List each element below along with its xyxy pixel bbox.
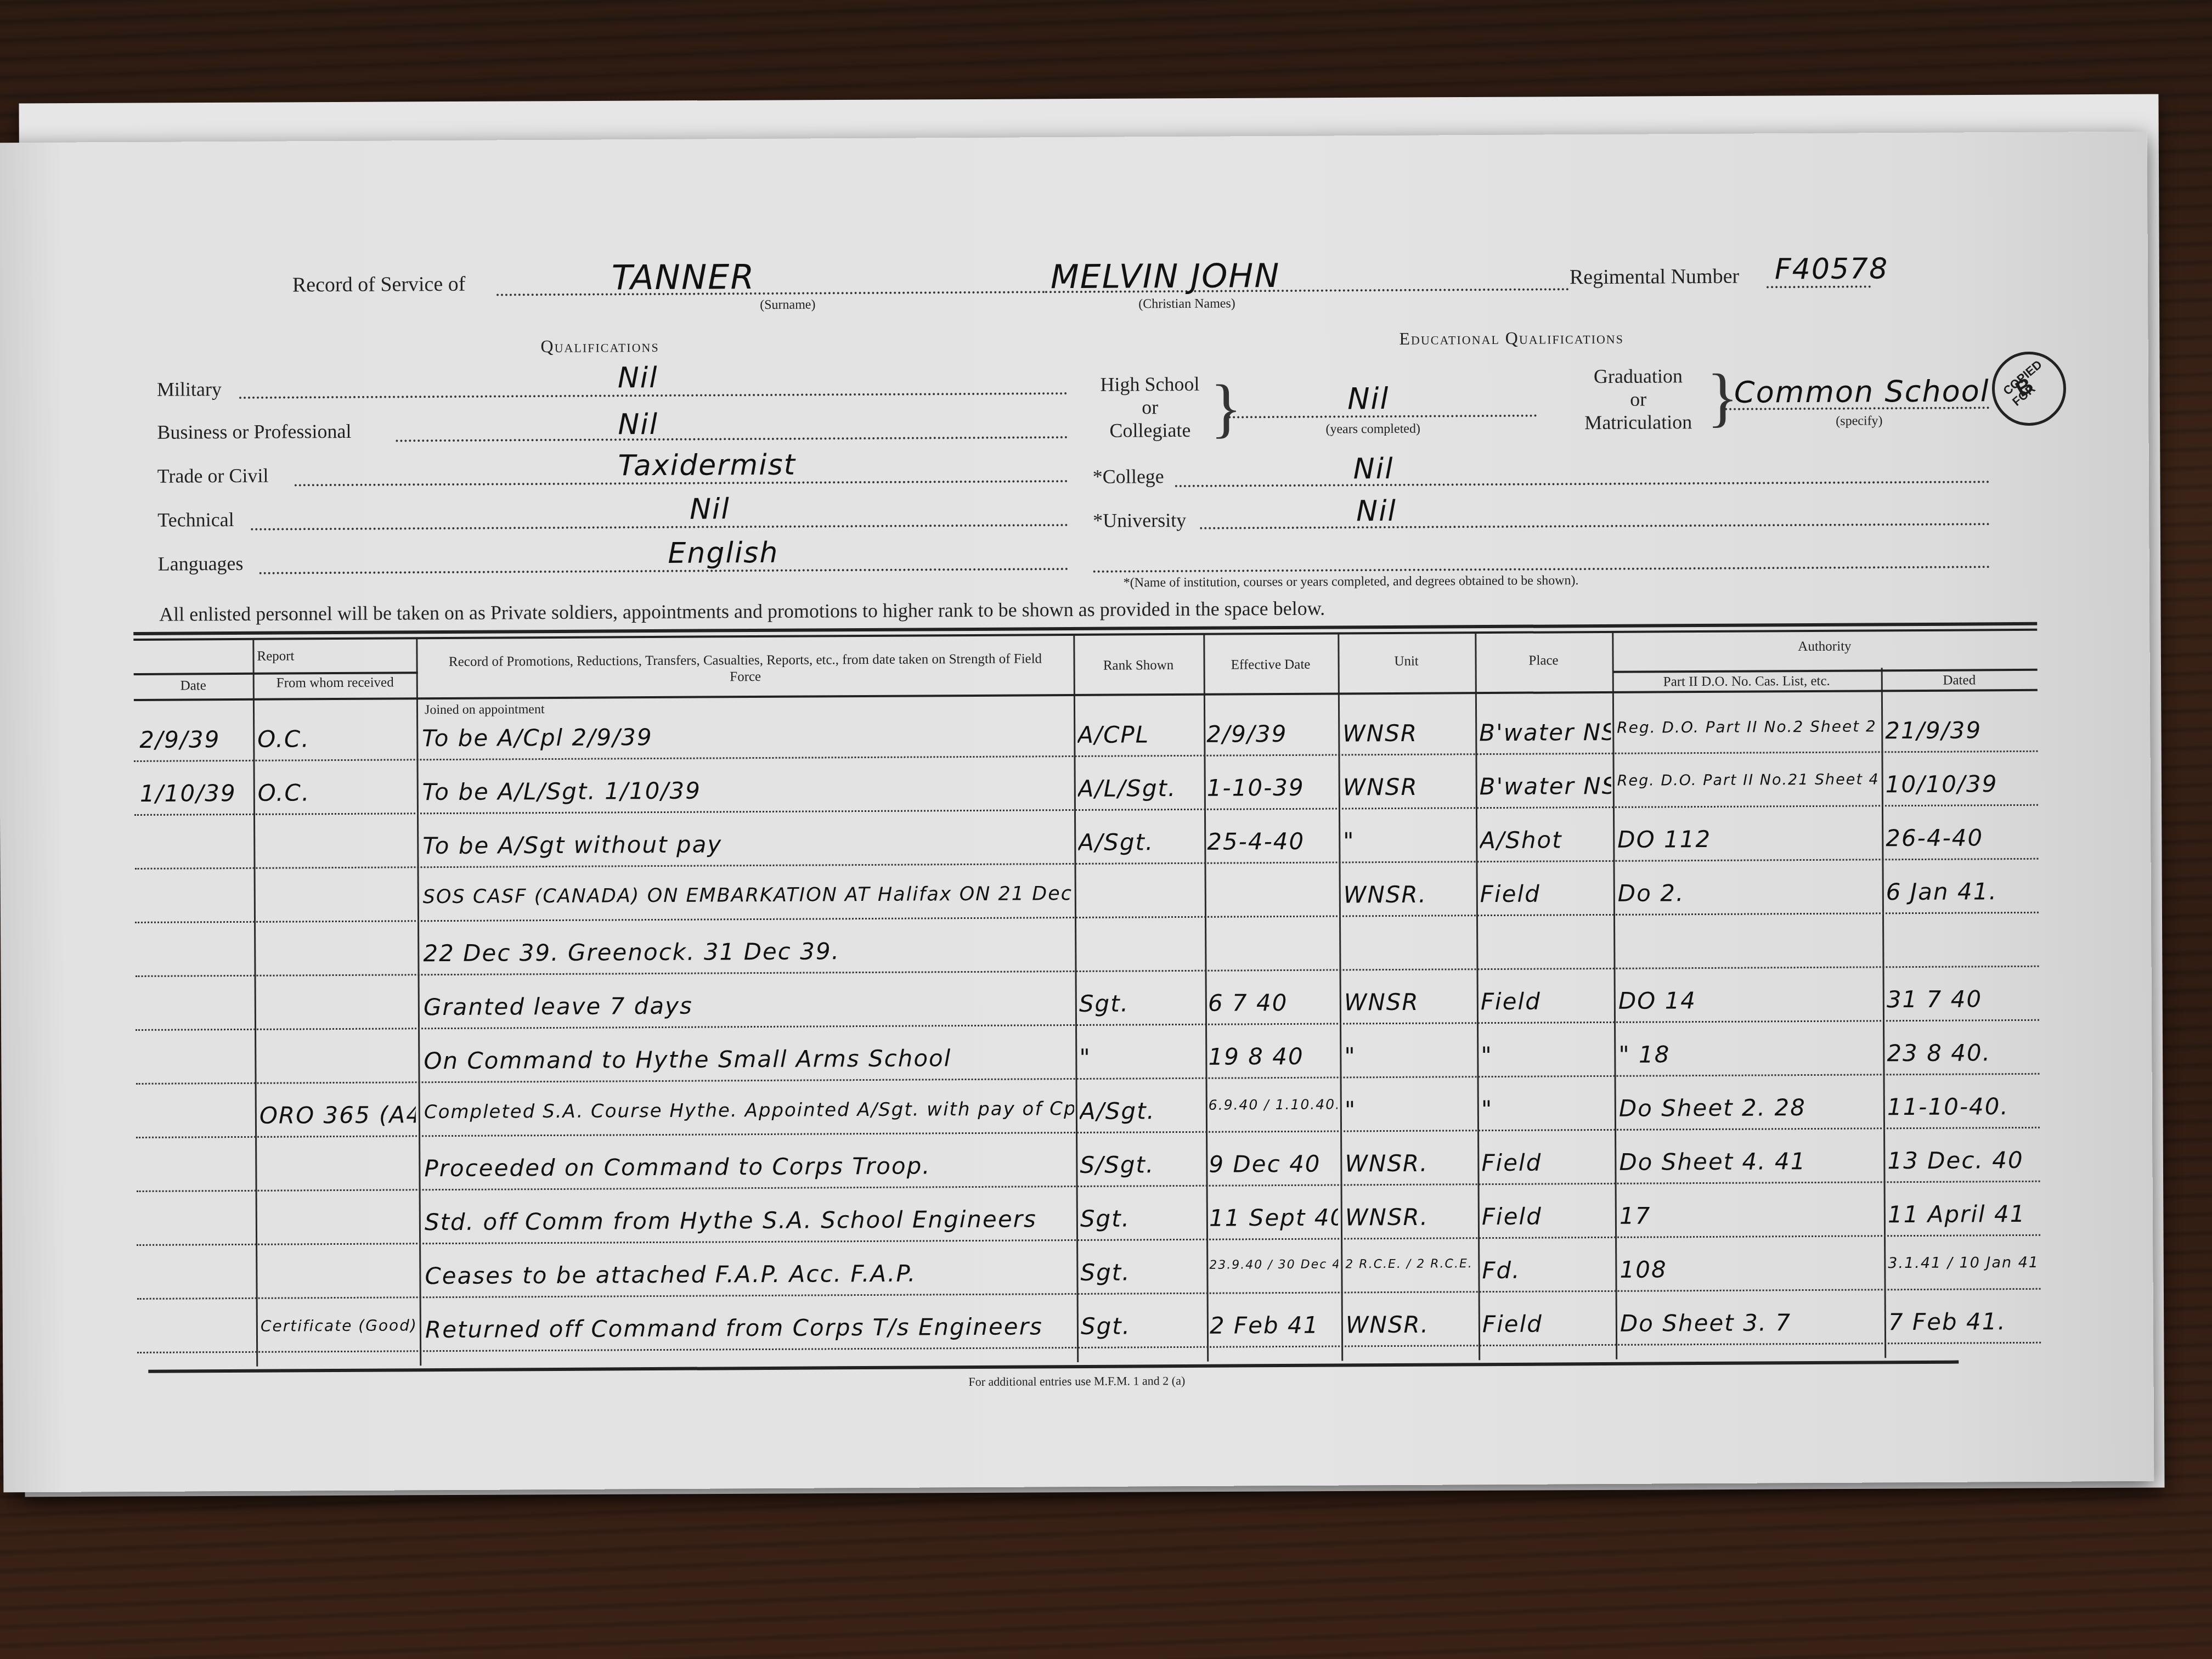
cell-place: Field [1482,1203,1613,1230]
cell-unit: " [1345,1096,1476,1123]
cell-date [140,941,250,941]
cell-unit: WNSR. [1345,1149,1476,1177]
cell-rank: A/Sgt. [1078,828,1201,856]
cell-authority: 17 [1620,1201,1880,1229]
cell-record: Ceases to be attached F.A.P. Acc. F.A.P. [425,1259,1075,1289]
cell-effective: 11 Sept 40 [1209,1204,1338,1232]
cell-authority: Do Sheet 3. 7 [1620,1308,1881,1336]
cell-rank: A/L/Sgt. [1078,775,1201,802]
cell-authority: Reg. D.O. Part II No.21 Sheet 4 [1617,771,1878,789]
header-record: Record of Promotions, Reductions, Transf… [438,651,1052,687]
cell-date: 2/9/39 [139,726,249,753]
header-place: Place [1475,653,1612,669]
cell-effective: 9 Dec 40 [1209,1150,1338,1178]
qual-label-military: Military [157,377,222,401]
enlistment-notice: All enlisted personnel will be taken on … [159,597,1325,626]
cell-effective: 23.9.40 / 30 Dec 40 [1209,1258,1338,1272]
surname-caption: (Surname) [760,297,815,313]
high-school-value: Nil [1347,381,1390,416]
cell-rank: Sgt. [1079,990,1203,1017]
cell-date [141,1048,251,1049]
cell-from [259,994,415,994]
christian-names-value: MELVIN JOHN [1051,257,1280,296]
record-of-service-label: Record of Service of [292,272,466,297]
cell-effective: 2 Feb 41 [1210,1312,1339,1339]
header-effective-date: Effective Date [1204,657,1338,673]
cell-authority: DO 14 [1618,986,1879,1014]
cell-record: Std. off Comm from Hythe S.A. School Eng… [425,1205,1075,1235]
header-date: Date [134,678,253,694]
cell-record: To be A/Cpl 2/9/39 [422,721,1072,752]
copied-for-stamp: COPIED FOR B [1992,352,2067,426]
cell-unit: 2 R.C.E. / 2 R.C.E. [1345,1257,1477,1271]
cell-unit: WNSR [1344,988,1476,1015]
qual-value-military: Nil [618,362,658,394]
header-report: Report [133,648,417,665]
cell-place: A/Shot [1480,826,1611,854]
cell-date [142,1263,252,1264]
cell-rank: S/Sgt. [1080,1151,1203,1178]
cell-date [140,887,250,888]
graduation-label: Graduation or Matriculation [1564,364,1713,434]
cell-place: " [1481,1041,1612,1069]
qual-value-languages: English [668,537,778,570]
cell-unit: WNSR. [1344,881,1475,908]
cell-dated: 21/9/39 [1885,716,2036,744]
qual-label-trade: Trade or Civil [157,464,269,488]
regimental-number-value: F40578 [1775,252,1889,286]
qual-value-technical: Nil [690,493,730,526]
cell-place: Field [1480,880,1612,907]
surname-value: TANNER [612,257,755,297]
header-unit: Unit [1338,653,1475,669]
graduation-value: Common School [1734,374,1990,409]
cell-unit: WNSR. [1345,1203,1477,1231]
cell-unit: WNSR [1342,719,1474,747]
cell-authority: Do Sheet 2. 28 [1619,1093,1880,1121]
cell-place: Field [1481,1149,1613,1176]
cell-effective: 2/9/39 [1206,720,1335,748]
regimental-number-label: Regimental Number [1570,264,1739,290]
qual-value-business: Nil [618,408,658,441]
qualifications-title: Qualifications [540,336,659,357]
cell-dated: 7 Feb 41. [1888,1308,2039,1335]
footer-note: For additional entries use M.F.M. 1 and … [968,1374,1185,1389]
cell-rank: A/CPL [1077,721,1201,748]
cell-record: To be A/Sgt without pay [422,829,1073,859]
cell-dated: 11 April 41 [1888,1200,2039,1228]
cell-effective: 6 7 40 [1208,989,1337,1017]
cell-unit [1344,934,1475,935]
college-label: *College [1093,465,1164,488]
high-school-label: High School or Collegiate [1092,373,1208,442]
cell-rank [1079,882,1202,883]
cell-record: 22 Dec 39. Greenock. 31 Dec 39. [423,936,1073,967]
cell-place: B'water NS [1480,772,1611,800]
qual-label-technical: Technical [157,508,234,532]
cell-from [258,940,415,940]
cell-place: Fd. [1482,1256,1613,1284]
cell-authority: DO 112 [1617,825,1878,853]
cell-effective [1207,882,1336,882]
cell-rank: Sgt. [1080,1205,1204,1232]
cell-unit: " [1344,1042,1476,1069]
university-label: *University [1093,509,1186,532]
cell-date [142,1210,252,1210]
cell-record: On Command to Hythe Small Arms School [424,1044,1074,1074]
cell-dated: 3.1.41 / 10 Jan 41 [1888,1254,2039,1272]
joined-on-appointment-note: Joined on appointment [425,702,545,718]
cell-place: B'water NS [1479,719,1611,746]
educational-footnote: *(Name of institution, courses or years … [1124,573,1579,590]
cell-from: O.C. [257,725,414,752]
cell-dated: 11-10-40. [1887,1093,2038,1120]
cell-from: O.C. [258,778,414,806]
cell-authority: Do 2. [1618,878,1878,906]
cell-dated: 31 7 40 [1887,985,2038,1013]
cell-record: SOS CASF (CANADA) ON EMBARKATION AT Hali… [423,883,1073,908]
cell-unit: " [1343,827,1475,854]
educational-qualifications-title: Educational Qualifications [1399,328,1624,349]
cell-unit: WNSR. [1346,1311,1477,1338]
record-of-service-form: Record of Service of TANNER (Surname) ME… [0,132,2154,1492]
cell-authority: Do Sheet 4. 41 [1619,1147,1880,1175]
cell-rank: Sgt. [1081,1312,1204,1340]
cell-dated: 13 Dec. 40 [1887,1147,2038,1174]
cell-unit: WNSR [1343,773,1475,800]
cell-place: Field [1481,988,1612,1015]
cell-place: Field [1482,1310,1614,1338]
cell-record: Proceeded on Command to Corps Troop. [424,1152,1074,1182]
high-school-caption: (years completed) [1325,422,1420,437]
cell-from [260,1209,416,1209]
qual-value-trade: Taxidermist [618,449,797,483]
college-value: Nil [1353,453,1394,486]
cell-authority [1618,932,1878,933]
cell-date [142,1102,251,1103]
cell-dated: 10/10/39 [1886,770,2036,798]
cell-from [259,1047,415,1048]
cell-date [140,833,250,834]
cell-authority: Reg. D.O. Part II No.2 Sheet 2 [1617,717,1877,736]
cell-place [1480,934,1612,934]
header-dated: Dated [1881,673,2038,689]
cell-record: Returned off Command from Corps T/s Engi… [425,1313,1075,1343]
cell-date: 1/10/39 [140,780,250,807]
cell-authority: " 18 [1618,1040,1879,1068]
cell-from: ORO 365 (A4) [259,1101,416,1128]
header-rank: Rank Shown [1074,658,1204,674]
cell-dated: 6 Jan 41. [1886,878,2037,905]
cell-rank: " [1079,1043,1203,1071]
university-value: Nil [1356,495,1397,528]
cell-place: " [1481,1095,1613,1122]
cell-rank [1079,936,1202,936]
cell-from [259,1155,416,1155]
cell-date [143,1317,252,1318]
header-authority: Authority [1612,638,2037,656]
cell-record: Granted leave 7 days [424,990,1074,1020]
header-part-ii: Part II D.O. No. Cas. List, etc. [1612,673,1881,690]
cell-effective: 1-10-39 [1207,774,1336,802]
qual-label-business: Business or Professional [157,420,351,444]
cell-effective [1207,935,1336,936]
cell-from [260,1262,416,1263]
cell-effective: 19 8 40 [1208,1043,1337,1070]
cell-effective: 6.9.40 / 1.10.40. [1209,1097,1338,1113]
cell-date [141,995,251,995]
cell-date [142,1156,251,1156]
cell-effective: 25-4-40 [1207,828,1336,855]
cell-dated: 23 8 40. [1887,1039,2038,1066]
cell-dated: 26-4-40 [1886,824,2036,851]
cell-rank: Sgt. [1080,1259,1204,1286]
header-from-whom: From whom received [253,675,417,691]
christian-names-caption: (Christian Names) [1138,296,1235,312]
cell-dated [1886,932,2037,932]
graduation-caption: (specify) [1836,414,1882,428]
qual-label-languages: Languages [157,552,243,575]
cell-record: Completed S.A. Course Hythe. Appointed A… [424,1098,1074,1123]
cell-rank: A/Sgt. [1080,1097,1203,1125]
cell-from [258,832,414,833]
cell-authority: 108 [1620,1255,1880,1283]
cell-from: Certificate (Good) [261,1316,417,1335]
cell-from [258,886,415,887]
cell-record: To be A/L/Sgt. 1/10/39 [422,775,1073,805]
